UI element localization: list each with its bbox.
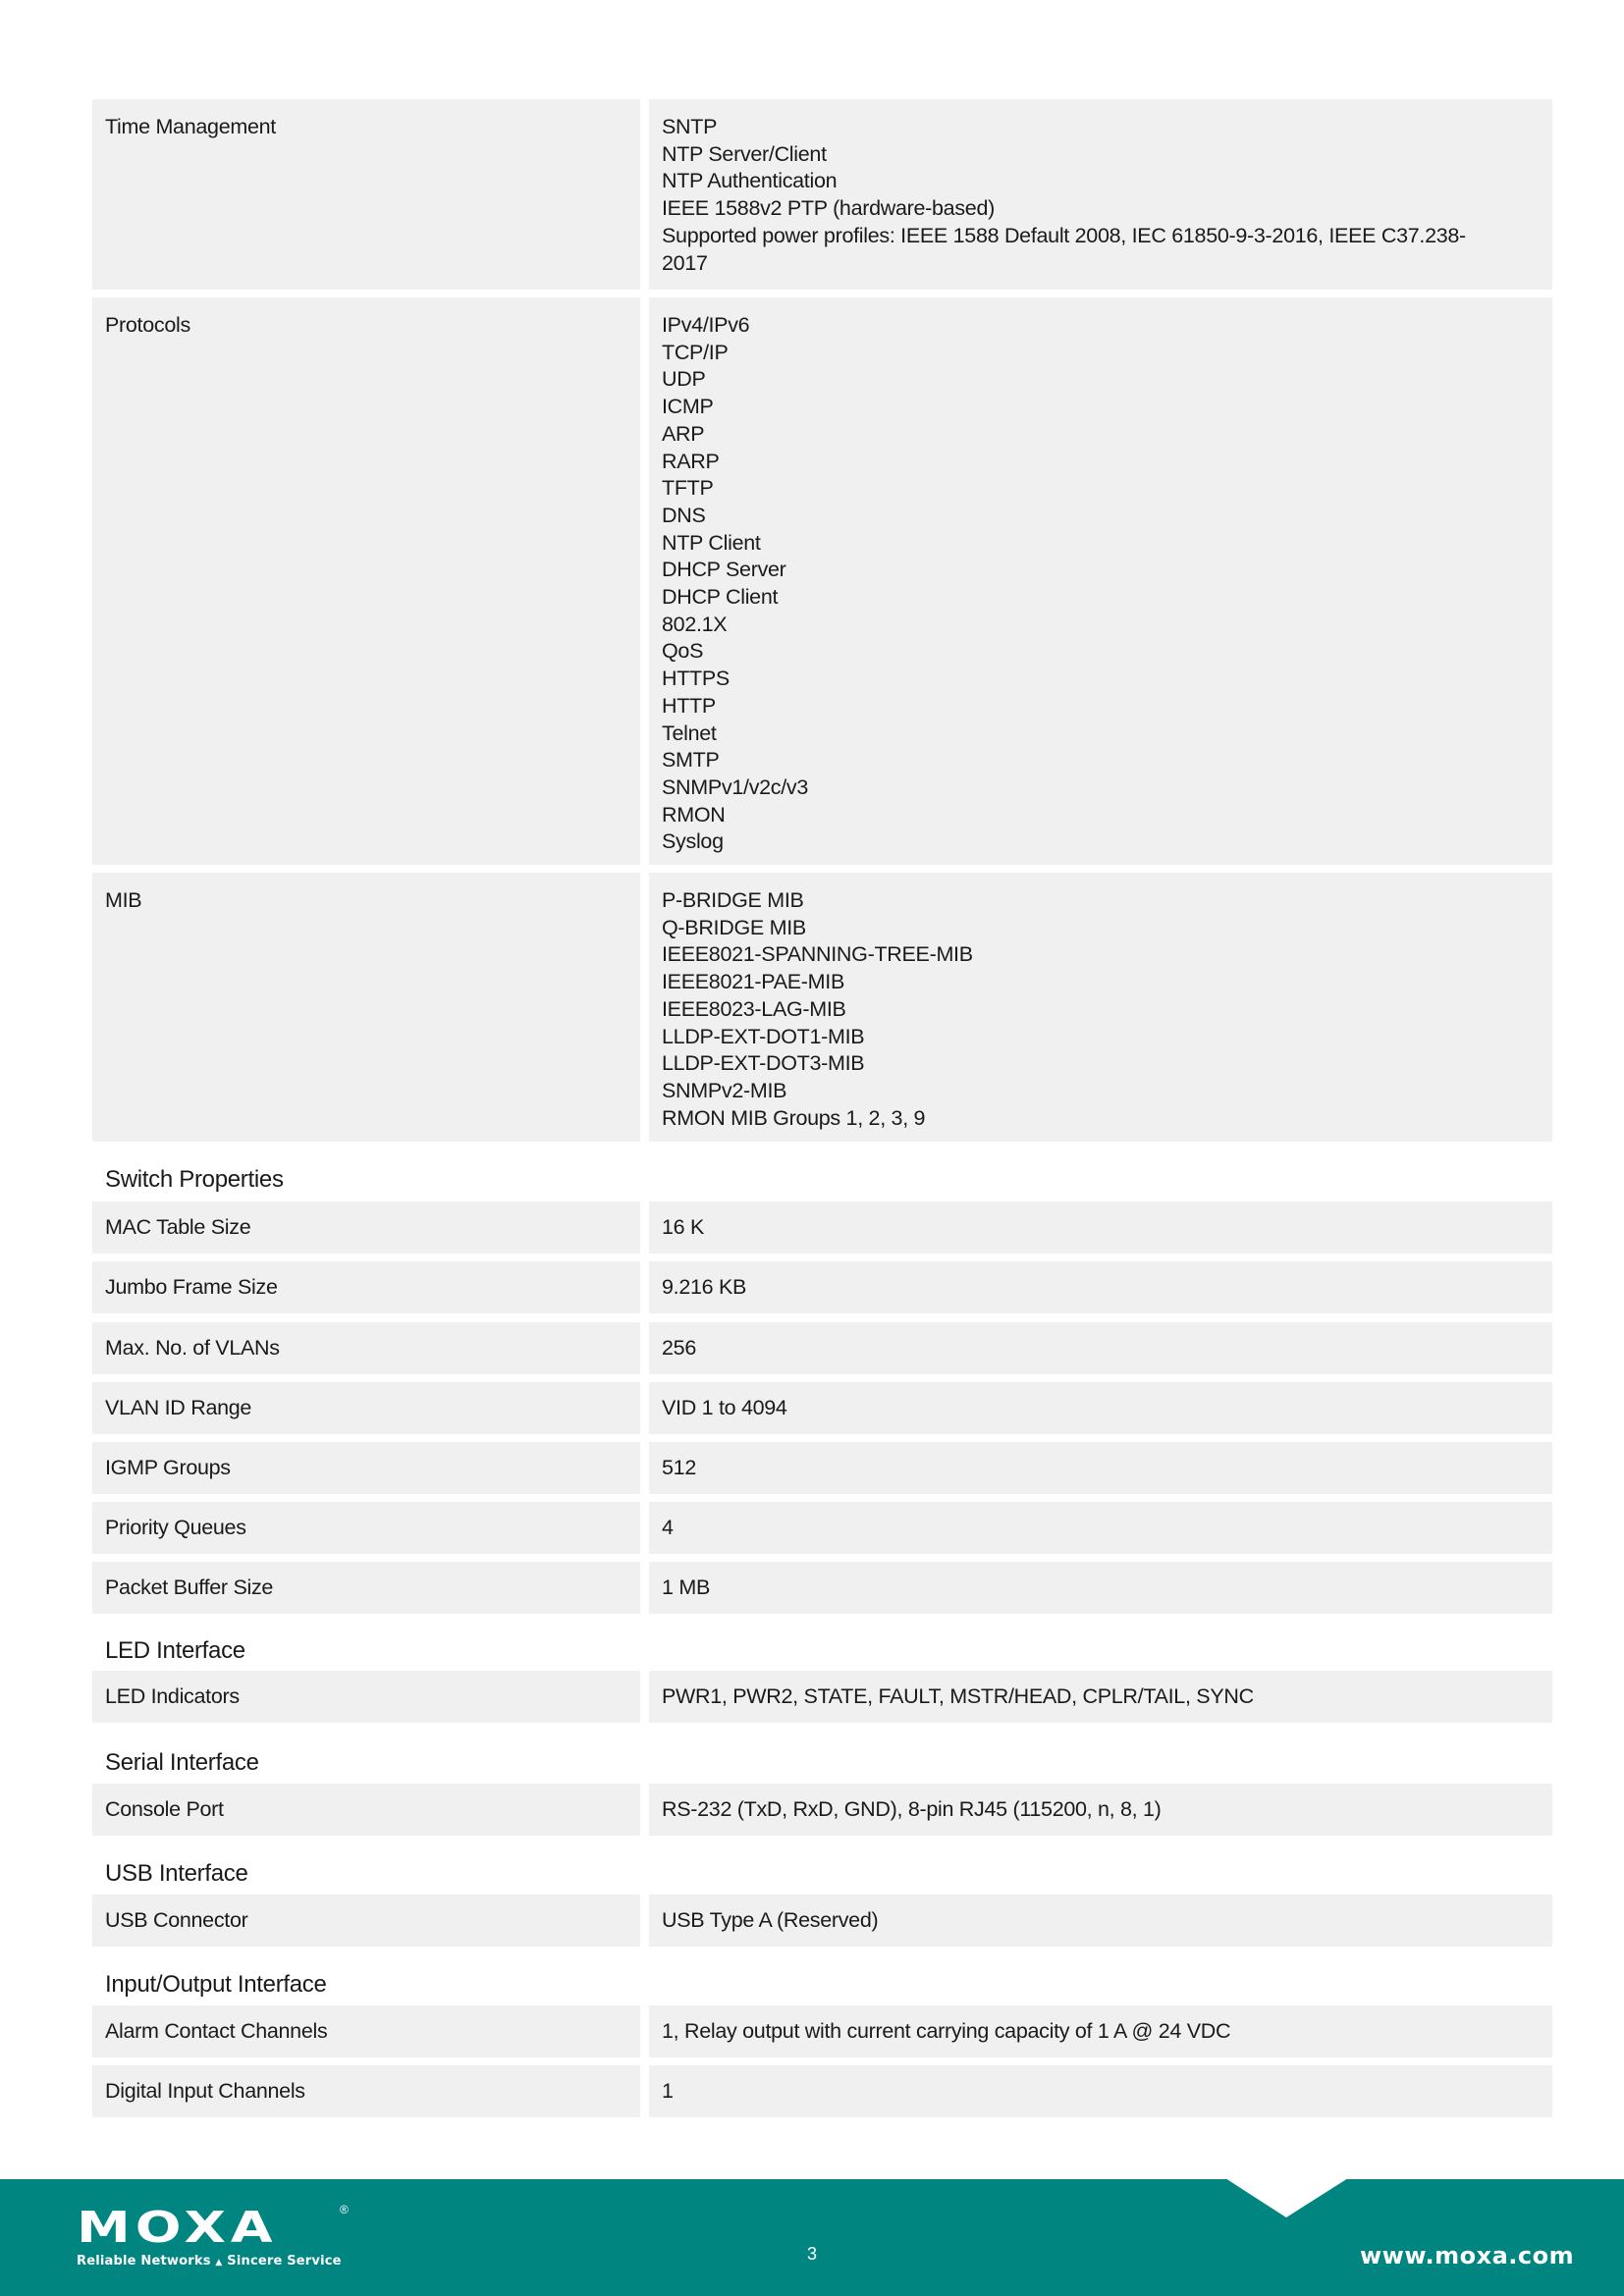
spec-value-line: PWR1, PWR2, STATE, FAULT, MSTR/HEAD, CPL…	[662, 1683, 1254, 1711]
tagline-left: Reliable Networks	[77, 2254, 211, 2269]
spec-value-line: IEEE8021-SPANNING-TREE-MIB	[662, 941, 1533, 969]
spec-row-led-indicators: LED Indicators PWR1, PWR2, STATE, FAULT,…	[92, 1671, 1552, 1723]
spec-value: PWR1, PWR2, STATE, FAULT, MSTR/HEAD, CPL…	[649, 1671, 1552, 1723]
spec-value-line: 512	[662, 1455, 696, 1482]
spec-value-line: 1	[662, 2078, 674, 2106]
logo-tagline: Reliable Networks ▲ Sincere Service	[77, 2254, 342, 2269]
spec-label: VLAN ID Range	[92, 1382, 640, 1434]
spec-value-line: 16 K	[662, 1214, 704, 1242]
spec-row-max-vlans: Max. No. of VLANs 256	[92, 1322, 1552, 1374]
spec-label: Alarm Contact Channels	[92, 2005, 640, 2057]
spec-value: RS-232 (TxD, RxD, GND), 8-pin RJ45 (1152…	[649, 1784, 1552, 1836]
spec-value-line: 2017	[662, 250, 1533, 278]
spec-value-line: 9.216 KB	[662, 1274, 746, 1302]
spec-value: IPv4/IPv6TCP/IPUDPICMPARPRARPTFTPDNSNTP …	[649, 297, 1552, 865]
spec-value-line: USB Type A (Reserved)	[662, 1907, 878, 1935]
spec-value-line: IEEE8021-PAE-MIB	[662, 969, 1533, 996]
spec-value: SNTPNTP Server/ClientNTP AuthenticationI…	[649, 99, 1552, 290]
section-heading-io-interface: Input/Output Interface	[105, 1971, 327, 1999]
spec-value-line: ARP	[662, 421, 1533, 449]
registered-mark: ®	[340, 2203, 349, 2216]
spec-label: IGMP Groups	[92, 1442, 640, 1494]
spec-row-mac-table-size: MAC Table Size 16 K	[92, 1201, 1552, 1254]
spec-value-line: UDP	[662, 366, 1533, 394]
spec-value-line: DNS	[662, 503, 1533, 530]
spec-value-line: ICMP	[662, 394, 1533, 421]
spec-value-line: IEEE8023-LAG-MIB	[662, 996, 1533, 1024]
spec-value-line: HTTPS	[662, 666, 1533, 693]
spec-value: 9.216 KB	[649, 1261, 1552, 1313]
spec-row-igmp-groups: IGMP Groups 512	[92, 1442, 1552, 1494]
spec-value: 16 K	[649, 1201, 1552, 1254]
spec-label: Packet Buffer Size	[92, 1562, 640, 1614]
footer-notch-decoration	[1225, 2178, 1348, 2217]
spec-row-vlan-id-range: VLAN ID Range VID 1 to 4094	[92, 1382, 1552, 1434]
spec-value-line: 1 MB	[662, 1575, 710, 1602]
spec-row-digital-input-channels: Digital Input Channels 1	[92, 2065, 1552, 2117]
spec-value-line: QoS	[662, 638, 1533, 666]
spec-value-line: Supported power profiles: IEEE 1588 Defa…	[662, 223, 1533, 250]
spec-value-line: RS-232 (TxD, RxD, GND), 8-pin RJ45 (1152…	[662, 1796, 1162, 1824]
spec-value: 1	[649, 2065, 1552, 2117]
spec-row-alarm-contact-channels: Alarm Contact Channels 1, Relay output w…	[92, 2005, 1552, 2057]
spec-value-line: DHCP Client	[662, 584, 1533, 612]
spec-value-line: TCP/IP	[662, 340, 1533, 367]
spec-value-line: HTTP	[662, 693, 1533, 721]
spec-value-line: 256	[662, 1335, 696, 1362]
spec-value-line: 1, Relay output with current carrying ca…	[662, 2018, 1230, 2046]
spec-row-priority-queues: Priority Queues 4	[92, 1502, 1552, 1554]
spec-label: Jumbo Frame Size	[92, 1261, 640, 1313]
spec-value-line: Telnet	[662, 721, 1533, 748]
spec-value-line: IPv4/IPv6	[662, 312, 1533, 340]
spec-value-line: VID 1 to 4094	[662, 1395, 787, 1422]
spec-value: 4	[649, 1502, 1552, 1554]
spec-value-line: LLDP-EXT-DOT1-MIB	[662, 1024, 1533, 1051]
website-link[interactable]: www.moxa.com	[1360, 2242, 1574, 2269]
spec-value: 512	[649, 1442, 1552, 1494]
section-heading-usb-interface: USB Interface	[105, 1860, 248, 1888]
spec-value: VID 1 to 4094	[649, 1382, 1552, 1434]
spec-value: 1 MB	[649, 1562, 1552, 1614]
spec-value: 1, Relay output with current carrying ca…	[649, 2005, 1552, 2057]
page-number: 3	[807, 2244, 817, 2265]
spec-value: P-BRIDGE MIBQ-BRIDGE MIBIEEE8021-SPANNIN…	[649, 873, 1552, 1142]
spec-value: 256	[649, 1322, 1552, 1374]
spec-value-line: SNTP	[662, 114, 1533, 141]
spec-value-line: NTP Authentication	[662, 168, 1533, 195]
spec-label: Console Port	[92, 1784, 640, 1836]
spec-row-console-port: Console Port RS-232 (TxD, RxD, GND), 8-p…	[92, 1784, 1552, 1836]
spec-label: Protocols	[92, 297, 640, 865]
spec-value-line: RMON MIB Groups 1, 2, 3, 9	[662, 1105, 1533, 1133]
spec-value-line: TFTP	[662, 475, 1533, 503]
spec-value-line: Syslog	[662, 828, 1533, 856]
spec-value-line: SNMPv2-MIB	[662, 1078, 1533, 1105]
spec-row-time-management: Time Management SNTPNTP Server/ClientNTP…	[92, 99, 1552, 290]
spec-value-line: SNMPv1/v2c/v3	[662, 774, 1533, 802]
spec-value-line: 802.1X	[662, 612, 1533, 639]
spec-row-protocols: Protocols IPv4/IPv6TCP/IPUDPICMPARPRARPT…	[92, 297, 1552, 865]
spec-label: LED Indicators	[92, 1671, 640, 1723]
spec-label: MAC Table Size	[92, 1201, 640, 1254]
section-heading-switch-properties: Switch Properties	[105, 1166, 284, 1194]
spec-value-line: SMTP	[662, 747, 1533, 774]
moxa-logo: MOXA ® Reliable Networks ▲ Sincere Servi…	[77, 2207, 342, 2269]
spec-row-jumbo-frame-size: Jumbo Frame Size 9.216 KB	[92, 1261, 1552, 1313]
spec-row-usb-connector: USB Connector USB Type A (Reserved)	[92, 1895, 1552, 1947]
spec-value-line: NTP Client	[662, 530, 1533, 558]
spec-label: Priority Queues	[92, 1502, 640, 1554]
spec-label: Time Management	[92, 99, 640, 290]
spec-value-line: RARP	[662, 449, 1533, 476]
spec-value-line: LLDP-EXT-DOT3-MIB	[662, 1050, 1533, 1078]
spec-label: Max. No. of VLANs	[92, 1322, 640, 1374]
spec-label: Digital Input Channels	[92, 2065, 640, 2117]
logo-wordmark: MOXA	[77, 2207, 278, 2250]
spec-value-line: P-BRIDGE MIB	[662, 887, 1533, 915]
section-heading-serial-interface: Serial Interface	[105, 1749, 259, 1777]
spec-row-packet-buffer-size: Packet Buffer Size 1 MB	[92, 1562, 1552, 1614]
spec-value-line: RMON	[662, 802, 1533, 829]
spec-value-line: DHCP Server	[662, 557, 1533, 584]
spec-label: MIB	[92, 873, 640, 1142]
section-heading-led-interface: LED Interface	[105, 1637, 245, 1665]
spec-value-line: IEEE 1588v2 PTP (hardware-based)	[662, 195, 1533, 223]
tagline-right: Sincere Service	[227, 2254, 341, 2269]
triangle-icon: ▲	[215, 2258, 222, 2268]
spec-label: USB Connector	[92, 1895, 640, 1947]
spec-value-line: Q-BRIDGE MIB	[662, 915, 1533, 942]
spec-row-mib: MIB P-BRIDGE MIBQ-BRIDGE MIBIEEE8021-SPA…	[92, 873, 1552, 1142]
spec-value-line: 4	[662, 1515, 674, 1542]
spec-value-line: NTP Server/Client	[662, 141, 1533, 169]
spec-value: USB Type A (Reserved)	[649, 1895, 1552, 1947]
